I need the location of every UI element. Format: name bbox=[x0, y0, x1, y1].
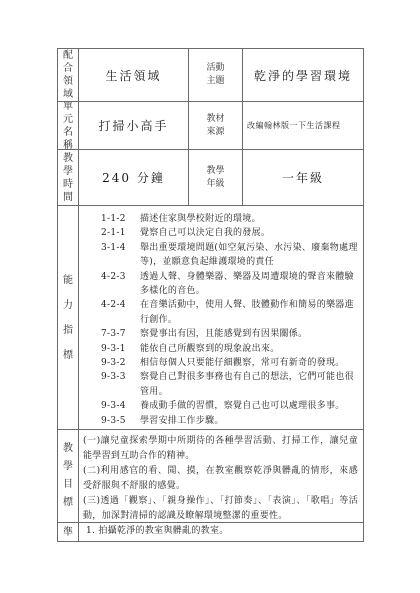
row-header-unit-name: 單元名稱 bbox=[58, 102, 79, 149]
ability-indicator-item: 4-2-3透過人聲、身體樂器、樂器及周遭環境的聲音來體驗多樣化的音色。 bbox=[101, 270, 359, 299]
teaching-objectives-list: (一)讓兒童探索學期中所期待的各種學習活動、打掃工作，讓兒童能學習到互助合作的精… bbox=[79, 430, 363, 522]
indicator-code: 9-3-1 bbox=[101, 342, 131, 356]
material-source-value: 改編翰林版一下生活課程 bbox=[243, 102, 363, 149]
material-source-label: 教材來源 bbox=[206, 113, 226, 139]
indicator-code: 1-1-2 bbox=[101, 212, 131, 226]
table-row-teaching-objectives: 教學目標 (一)讓兒童探索學期中所期待的各種學習活動、打掃工作，讓兒童能學習到互… bbox=[58, 430, 363, 523]
row-header-preparation-label: 準 bbox=[63, 526, 73, 539]
indicator-code: 3-1-4 bbox=[101, 241, 131, 270]
table-row-unit-name: 單元名稱 打掃小高手 教材來源 改編翰林版一下生活課程 bbox=[58, 102, 363, 150]
indicator-text: 學習安排工作步驟。 bbox=[140, 414, 359, 428]
indicator-text: 在音樂活動中，使用人聲、肢體動作和簡易的樂器進行創作。 bbox=[140, 298, 359, 327]
row-header-teaching-time: 教學時間 bbox=[58, 150, 79, 205]
activity-theme-header: 活動主題 bbox=[189, 49, 243, 101]
ability-indicator-item: 9-3-4養成動手做的習慣，察覺自己也可以處理很多事。 bbox=[101, 399, 359, 413]
indicator-text: 學習如何分配工作，合作完成一件事。 bbox=[140, 428, 359, 429]
teaching-time-value: 240 分鐘 bbox=[79, 150, 189, 205]
indicator-code: 9-3-5 bbox=[101, 414, 131, 428]
indicator-text: 描述住家與學校附近的環境。 bbox=[140, 212, 359, 226]
ability-indicator-item: 9-3-5學習安排工作步驟。 bbox=[101, 414, 359, 428]
table-row-ability-indicators: 能力指標 1-1-2描述住家與學校附近的環境。2-1-1覺察自己可以決定自我的發… bbox=[58, 206, 363, 430]
row-header-ability-indicators: 能力指標 bbox=[58, 206, 79, 429]
indicator-text: 透過人聲、身體樂器、樂器及周遭環境的聲音來體驗多樣化的音色。 bbox=[140, 270, 359, 299]
indicator-text: 覺察自己可以決定自我的發展。 bbox=[140, 226, 359, 240]
ability-indicator-item: 9-3-6學習如何分配工作，合作完成一件事。 bbox=[101, 428, 359, 429]
ability-indicator-item: 3-1-4舉出重要環境問題(如空氣污染、水污染、廢棄物處理等)，並願意負起維護環… bbox=[101, 241, 359, 270]
grade-label: 教學年級 bbox=[206, 165, 226, 191]
row-header-unit-name-label: 單元名稱 bbox=[63, 102, 73, 149]
table-row-domain: 配合領域 生活領域 活動主題 乾淨的學習環境 bbox=[58, 49, 363, 102]
table-row-preparation: 準 1. 拍攝乾淨的教室與髒亂的教室。 bbox=[58, 523, 363, 541]
teaching-objective-item: (三)透過「觀察」、「親身操作」、「打節奏」、「表演」、「歌唱」等活動，加深對清… bbox=[83, 494, 358, 522]
ability-indicator-item: 9-3-1能依自己所觀察到的現象說出來。 bbox=[101, 342, 359, 356]
indicator-code: 4-2-3 bbox=[101, 270, 131, 299]
domain-value: 生活領域 bbox=[79, 49, 189, 101]
grade-header: 教學年級 bbox=[189, 150, 243, 205]
row-header-domain: 配合領域 bbox=[58, 49, 79, 101]
material-source-header: 教材來源 bbox=[189, 102, 243, 149]
lesson-plan-table: 配合領域 生活領域 活動主題 乾淨的學習環境 單元名稱 打掃小高手 教材來源 改… bbox=[57, 48, 364, 542]
indicator-text: 舉出重要環境問題(如空氣污染、水污染、廢棄物處理等)，並願意負起維護環境的責任 bbox=[140, 241, 359, 270]
indicator-text: 相信每個人只要能仔細觀察，常可有新奇的發現。 bbox=[140, 356, 359, 370]
grade-value: 一年級 bbox=[243, 150, 363, 205]
row-header-domain-label: 配合領域 bbox=[63, 49, 73, 101]
ability-indicator-item: 7-3-7察覺事出有因，且能感覺到有因果關係。 bbox=[101, 327, 359, 341]
ability-indicator-item: 2-1-1覺察自己可以決定自我的發展。 bbox=[101, 226, 359, 240]
activity-theme-value: 乾淨的學習環境 bbox=[243, 49, 363, 101]
lesson-plan-page: 配合領域 生活領域 活動主題 乾淨的學習環境 單元名稱 打掃小高手 教材來源 改… bbox=[0, 0, 420, 593]
row-header-ability-indicators-label: 能力指標 bbox=[63, 268, 73, 368]
indicator-text: 察覺自己對很多事務也有自己的想法，它們可能也很管用。 bbox=[140, 370, 359, 399]
indicator-text: 養成動手做的習慣，察覺自己也可以處理很多事。 bbox=[140, 399, 359, 413]
activity-theme-label: 活動主題 bbox=[206, 62, 226, 88]
indicator-text: 察覺事出有因，且能感覺到有因果關係。 bbox=[140, 327, 359, 341]
indicator-code: 9-3-4 bbox=[101, 399, 131, 413]
row-header-teaching-time-label: 教學時間 bbox=[63, 152, 73, 204]
indicator-code: 4-2-4 bbox=[101, 298, 131, 327]
unit-name-value: 打掃小高手 bbox=[79, 102, 189, 149]
table-row-teaching-time: 教學時間 240 分鐘 教學年級 一年級 bbox=[58, 150, 363, 206]
indicator-code: 9-3-6 bbox=[101, 428, 131, 429]
row-header-teaching-objectives: 教學目標 bbox=[58, 430, 79, 522]
ability-indicators-list: 1-1-2描述住家與學校附近的環境。2-1-1覺察自己可以決定自我的發展。3-1… bbox=[79, 206, 363, 429]
indicator-code: 9-3-3 bbox=[101, 370, 131, 399]
ability-indicator-item: 9-3-2相信每個人只要能仔細觀察，常可有新奇的發現。 bbox=[101, 356, 359, 370]
preparation-list: 1. 拍攝乾淨的教室與髒亂的教室。 bbox=[79, 523, 363, 541]
teaching-objective-item: (一)讓兒童探索學期中所期待的各種學習活動、打掃工作，讓兒童能學習到互助合作的精… bbox=[83, 434, 358, 464]
indicator-code: 7-3-7 bbox=[101, 327, 131, 341]
row-header-preparation: 準 bbox=[58, 523, 79, 541]
indicator-text: 能依自己所觀察到的現象說出來。 bbox=[140, 342, 359, 356]
row-header-teaching-objectives-label: 教學目標 bbox=[63, 440, 73, 512]
preparation-item: 1. 拍攝乾淨的教室與髒亂的教室。 bbox=[86, 525, 359, 538]
indicator-code: 2-1-1 bbox=[101, 226, 131, 240]
indicator-code: 9-3-2 bbox=[101, 356, 131, 370]
ability-indicator-item: 1-1-2描述住家與學校附近的環境。 bbox=[101, 212, 359, 226]
ability-indicator-item: 9-3-3察覺自己對很多事務也有自己的想法，它們可能也很管用。 bbox=[101, 370, 359, 399]
teaching-objective-item: (二)利用感官的看、聞、摸，在教室觀察乾淨與髒亂的情形，來感受舒服與不舒服的感覺… bbox=[83, 464, 358, 494]
ability-indicator-item: 4-2-4在音樂活動中，使用人聲、肢體動作和簡易的樂器進行創作。 bbox=[101, 298, 359, 327]
